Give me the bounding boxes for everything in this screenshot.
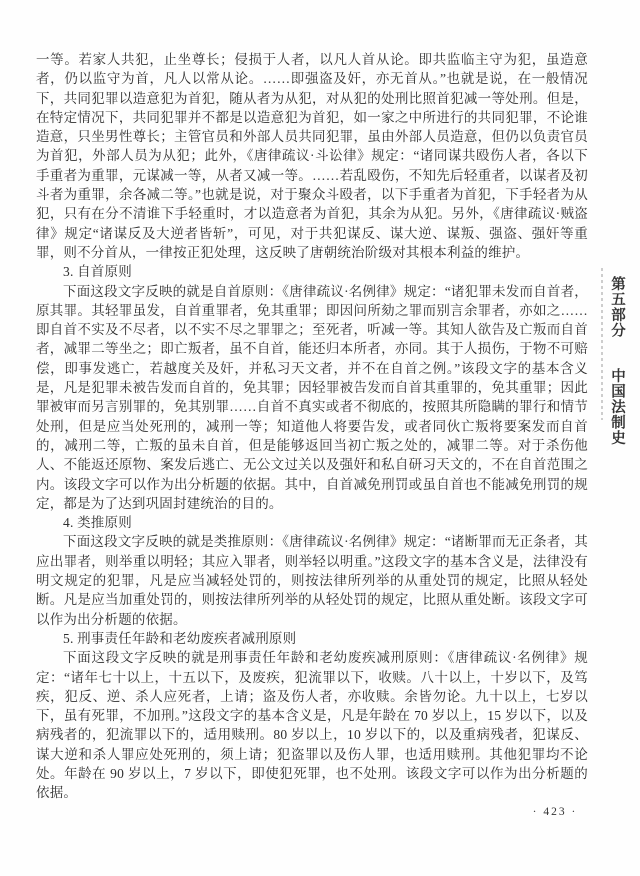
paragraph-criminal-age: 下面这段文字反映的就是刑事责任年龄和老幼废疾减刑原则：《唐律疏议·名例律》规定：… [36, 648, 588, 802]
scan-artifact-line [601, 268, 603, 420]
section-heading-analogy: 4. 类推原则 [36, 513, 588, 532]
section-heading-self-surrender: 3. 自首原则 [36, 262, 588, 281]
document-page: 一等。若家人共犯，止坐尊长；侵损于人者，以凡人首从论。即共监临主守为犯，虽造意者… [0, 0, 640, 876]
book-title: 中国法制史 [609, 368, 625, 446]
section-heading-criminal-age: 5. 刑事责任年龄和老幼废疾者减刑原则 [36, 629, 588, 648]
paragraph-self-surrender: 下面这段文字反映的就是自首原则：《唐律疏议·名例律》规定：“诸犯罪未发而自首者，… [36, 282, 588, 514]
page-number: · 423 · [505, 806, 605, 818]
paragraph-joint-crime-continuation: 一等。若家人共犯，止坐尊长；侵损于人者，以凡人首从论。即共监临主守为犯，虽造意者… [36, 50, 588, 262]
body-text: 一等。若家人共犯，止坐尊长；侵损于人者，以凡人首从论。即共监临主守为犯，虽造意者… [36, 50, 588, 803]
part-label: 第五部分 [609, 276, 625, 338]
paragraph-analogy: 下面这段文字反映的就是类推原则：《唐律疏议·名例律》规定：“诸断罪而无正条者，其… [36, 532, 588, 628]
sidebar-tab: 第五部分 中国法制史 [607, 276, 628, 446]
